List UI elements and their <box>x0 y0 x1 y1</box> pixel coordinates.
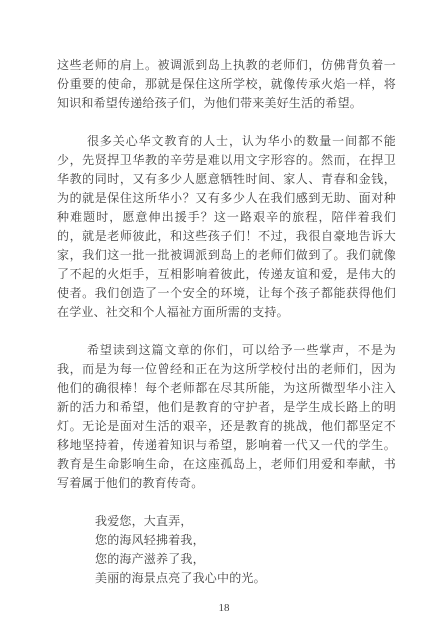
poem-line-1: 我爱您，大直弄， <box>95 512 396 531</box>
poem-line-4: 美丽的海景点亮了我心中的光。 <box>95 569 396 588</box>
poem-block: 我爱您，大直弄， 您的海风轻拂着我， 您的海产滋养了我， 美丽的海景点亮了我心中… <box>95 512 396 588</box>
paragraph-3: 希望读到这篇文章的你们，可以给予一些掌声，不是为我，而是为每一位曾经和正在为这所… <box>57 341 396 493</box>
poem-line-3: 您的海产滋养了我， <box>95 550 396 569</box>
poem-line-2: 您的海风轻拂着我， <box>95 531 396 550</box>
paragraph-2: 很多关心华文教育的人士，认为华小的数量一间都不能少，先贤捍卫华教的辛劳是难以用文… <box>57 132 396 322</box>
page-number: 18 <box>0 602 448 614</box>
paragraph-1: 这些老师的肩上。被调派到岛上执教的老师们，仿佛背负着一份重要的使命，那就是保住这… <box>57 56 396 113</box>
document-page: 这些老师的肩上。被调派到岛上执教的老师们，仿佛背负着一份重要的使命，那就是保住这… <box>0 0 448 640</box>
